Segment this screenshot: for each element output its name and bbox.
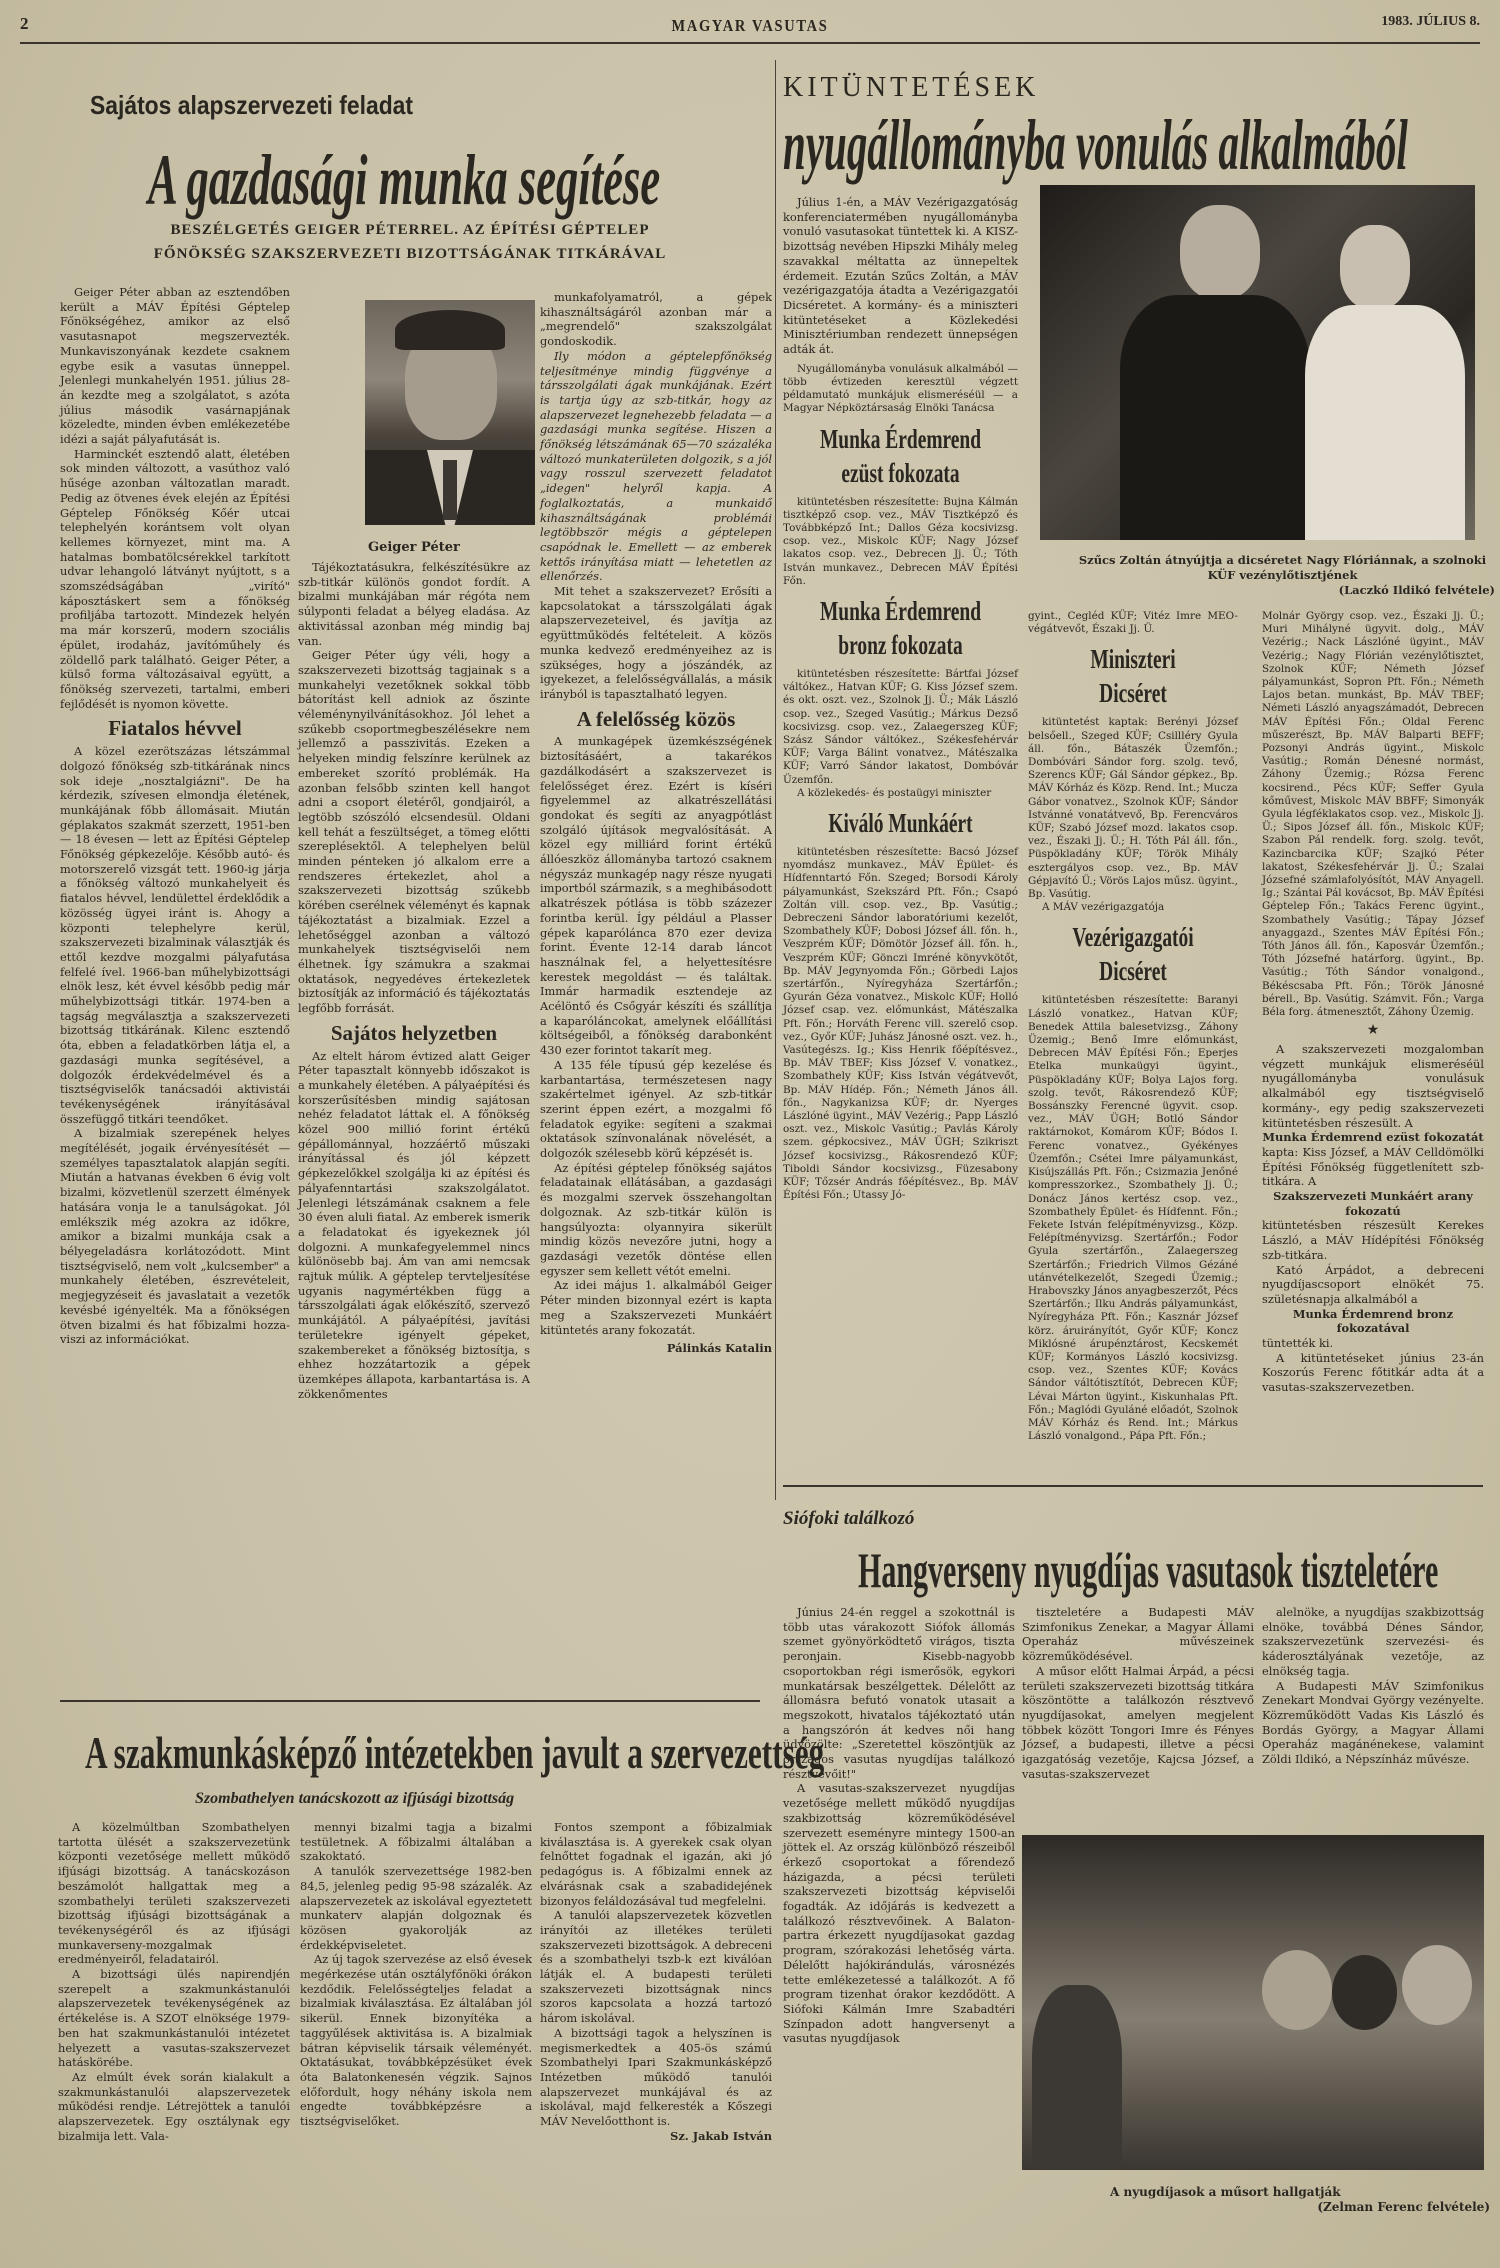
paragraph: Az eltelt három évtized alatt Geiger Pét… [298,1049,530,1402]
paragraph: A szakszervezeti mozgalomban végzett mun… [1262,1042,1484,1130]
masthead: 2 MAGYAR VASUTAS 1983. JÚLIUS 8. [20,14,1480,44]
section-heading-sajatos: Sajátos helyzetben [298,1026,530,1041]
award-heading-ezust: Munka Érdemrendezüst fokozata [816,422,985,490]
article1-headline: A gazdasági munka segítése [148,140,660,220]
paragraph: alelnöke, a nyugdíjas szakbizottság elnö… [1262,1605,1484,1679]
section-heading-felelosseg: A felelősség közös [540,712,772,727]
portrait-caption: Geiger Péter [368,540,460,555]
paragraph: Fontos szempont a főbizalmiak kiválasztá… [540,1820,772,1908]
article1-kicker: Sajátos alapszervezeti feladat [90,90,413,121]
article1-author: Pálinkás Katalin [540,1341,772,1356]
photo-figure-head [1340,225,1410,310]
paragraph: Az építési géptelep főnökség sajátos fel… [540,1161,772,1279]
paragraph: Július 1-én, a MÁV Vezérigazgatóság konf… [783,195,1018,357]
award-recipients: kitüntetésben részesítette: Bujna Kálmán… [783,496,1018,588]
award-heading-miniszteri: Miniszteri Dicséret [1057,642,1208,710]
paragraph: Az új tagok szervezése az első évesek me… [300,1952,532,2128]
award-heading-vezerigazgatoi: Vezérigazgatói Dicséret [1057,920,1208,988]
paragraph: A tanulói alapszervezetek közvetlen irán… [540,1908,772,2026]
article4-kicker: Siófoki találkozó [783,1508,914,1530]
article3-column-3: Fontos szempont a főbizalmiak kiválasztá… [540,1820,772,2143]
award-recipients: kitüntetésben részesítette: Bártfai Józs… [783,668,1018,787]
paragraph: A Budapesti MÁV Szimfonikus Zenekart Mon… [1262,1679,1484,1767]
article4-headline: Hangverseny nyugdíjas vasutasok tisztele… [858,1540,1438,1600]
paragraph: kapta: Kiss József, a MÁV Celldömölki Ép… [1262,1145,1484,1189]
article3-subhead: Szombathelyen tanácskozott az ifjúsági b… [195,1790,514,1808]
award-ceremony-photo [1040,185,1475,540]
caption-text: A nyugdíjasok a műsort hallgatják [1110,2185,1490,2200]
award-name: Szakszervezeti Munkáért arany fokozatú [1262,1189,1484,1218]
article3-headline: A szakmunkásképző intézetekben javult a … [85,1725,824,1781]
issue-date: 1983. JÚLIUS 8. [1381,14,1480,30]
photo-figure-head [1180,205,1260,300]
article1-column-1: Geiger Péter abban az esztendőben került… [60,285,290,1347]
award-heading-kivalo: Kiváló Munkáért [816,806,985,840]
paragraph: Geiger Péter abban az esztendőben került… [60,285,290,447]
article2-headline: nyugállományba vonulás alkalmából [783,105,1408,185]
award-title-line: ezüst fokozata [816,456,985,490]
paragraph: Az elmúlt évek során kialakult a szakmun… [58,2070,290,2144]
award-title-line: Munka Érdemrend [816,422,985,456]
star-icon: ★ [1262,1023,1484,1038]
article1-column-2: Tájékoztatásukra, felkészítésükre az szb… [298,560,530,1401]
paragraph: A közel ezerötszázas létszámmal dolgozó … [60,744,290,1126]
paragraph: A tanulók szervezettsége 1982-ben 84,5, … [300,1864,532,1952]
paragraph: Harminckét esztendő alatt, életében sok … [60,447,290,712]
photo-figure-head [1332,1955,1397,2030]
paragraph: mennyi bizalmi tagja a bizalmi testületn… [300,1820,532,1864]
article2-column-1: Július 1-én, a MÁV Vezérigazgatóság konf… [783,195,1018,1202]
paragraph: Nyugállományba vonulásuk alkalmából — tö… [783,363,1018,416]
paragraph: Az idei május 1. alkalmából Geiger Péter… [540,1278,772,1337]
award-name: Munka Érdemrend bronz fokozatával [1262,1307,1484,1336]
article3-column-1: A közelmúltban Szombathelyen tartotta ül… [58,1820,290,2143]
paragraph: A kitüntetéseket június 23-án Koszorús F… [1262,1351,1484,1395]
article1-subhead: BESZÉLGETÉS GEIGER PÉTERREL. AZ ÉPÍTÉSI … [80,218,740,266]
award-photo-caption: Szűcs Zoltán átnyújtja a dicséretet Nagy… [1070,553,1495,598]
paragraph: A műsor előtt Halmai Árpád, a pécsi terü… [1022,1664,1254,1782]
photo-figure-body [1305,305,1465,540]
masthead-rule [20,42,1480,44]
concert-audience-photo [1022,1835,1484,2170]
newspaper-page: 2 MAGYAR VASUTAS 1983. JÚLIUS 8. Sajátos… [0,0,1500,2268]
paragraph: kitüntetésben részesült Kerekes László, … [1262,1218,1484,1262]
paragraph: Mit tehet a szakszervezet? Erősíti a kap… [540,584,772,702]
paragraph: Tájékoztatásukra, felkészítésükre az szb… [298,560,530,648]
paragraph: A közlekedés- és postaügyi miniszter [783,787,1018,800]
article1-column-3: munkafolyamatról, a gépek kihasználtságá… [540,290,772,1356]
award-recipients: Molnár György csop. vez., Északi Jj. Ü.;… [1262,610,1484,1019]
paragraph: Ily módon a géptelepfőnökség teljesítmén… [540,349,772,584]
photo-figure-head [1402,1945,1472,2025]
paragraph: tüntették ki. [1262,1336,1484,1351]
article4-column-1: Június 24-én reggel a szokottnál is több… [783,1605,1015,2046]
paragraph: A MÁV vezérigazgatója [1028,901,1238,914]
photo-figure-head [1262,1950,1332,2030]
paragraph: munkafolyamatról, a gépek kihasználtságá… [540,290,772,349]
publication-title: MAGYAR VASUTAS [130,16,1371,36]
article2-kicker: KITÜNTETÉSEK [783,72,1039,104]
paragraph: Június 24-én reggel a szokottnál is több… [783,1605,1015,1781]
paragraph: A bizottsági tagok a helyszínen is megis… [540,2026,772,2129]
paragraph: A vasutas-szakszervezet nyugdíjas vezető… [783,1781,1015,2046]
article4-column-3: alelnöke, a nyugdíjas szakbizottság elnö… [1262,1605,1484,1767]
award-name: Munka Érdemrend ezüst fokozatát [1262,1130,1484,1145]
article3-column-2: mennyi bizalmi tagja a bizalmi testületn… [300,1820,532,2129]
section-heading-fiatalos: Fiatalos hévvel [60,721,290,736]
paragraph: A munkagépek üzemkészségének biztosításá… [540,734,772,1057]
photo-credit: (Zelman Ferenc felvétele) [1110,2200,1490,2215]
page-number: 2 [20,14,29,34]
award-recipients: kitüntetésben részesítette: Baranyi Lász… [1028,994,1238,1443]
concert-photo-caption: A nyugdíjasok a műsort hallgatják (Zelma… [1110,2185,1490,2215]
portrait-photo-geiger [365,300,535,525]
paragraph: A bizottsági ülés napirendjén szerepelt … [58,1967,290,2070]
portrait-tie [443,460,457,520]
award-heading-bronz: Munka Érdemrendbronz fokozata [816,594,985,662]
photo-credit: (Laczkó Ildikó felvétele) [1070,583,1495,598]
paragraph: A közelmúltban Szombathelyen tartotta ül… [58,1820,290,1967]
paragraph: A 135 féle típusú gép kezelése és karban… [540,1058,772,1161]
column-rule [775,60,776,1500]
award-recipients: kitüntetésben részesítette: Bacsó József… [783,846,1018,1202]
portrait-hair [395,310,505,350]
caption-text: Szűcs Zoltán átnyújtja a dicséretet Nagy… [1070,553,1495,583]
photo-figure-body [1120,295,1310,540]
paragraph: gyint., Cegléd KÜF; Vitéz Imre MEO-végát… [1028,610,1238,636]
article1-subhead-line1: BESZÉLGETÉS GEIGER PÉTERREL. AZ ÉPÍTÉSI … [80,218,740,242]
paragraph: A bizalmiak szerepének helyes megítélésé… [60,1126,290,1347]
article3-author: Sz. Jakab István [540,2129,772,2144]
award-recipients: kitüntetést kaptak: Berényi József belső… [1028,716,1238,901]
photo-figure-body [1032,1985,1122,2165]
paragraph: tiszteletére a Budapesti MÁV Szimfonikus… [1022,1605,1254,1664]
award-title-line: Munka Érdemrend [816,594,985,628]
article-divider [60,1700,760,1702]
paragraph: Geiger Péter úgy véli, hogy a szakszerve… [298,648,530,1016]
article1-subhead-line2: FŐNÖKSÉG SZAKSZERVEZETI BIZOTTSÁGÁNAK TI… [80,242,740,266]
article2-column-3: Molnár György csop. vez., Északi Jj. Ü.;… [1262,610,1484,1395]
article4-column-2: tiszteletére a Budapesti MÁV Szimfonikus… [1022,1605,1254,1781]
award-title-line: bronz fokozata [816,628,985,662]
article2-column-2: gyint., Cegléd KÜF; Vitéz Imre MEO-végát… [1028,610,1238,1443]
paragraph: Kató Árpádot, a debreceni nyugdíjascsopo… [1262,1263,1484,1307]
article-divider [783,1485,1483,1487]
